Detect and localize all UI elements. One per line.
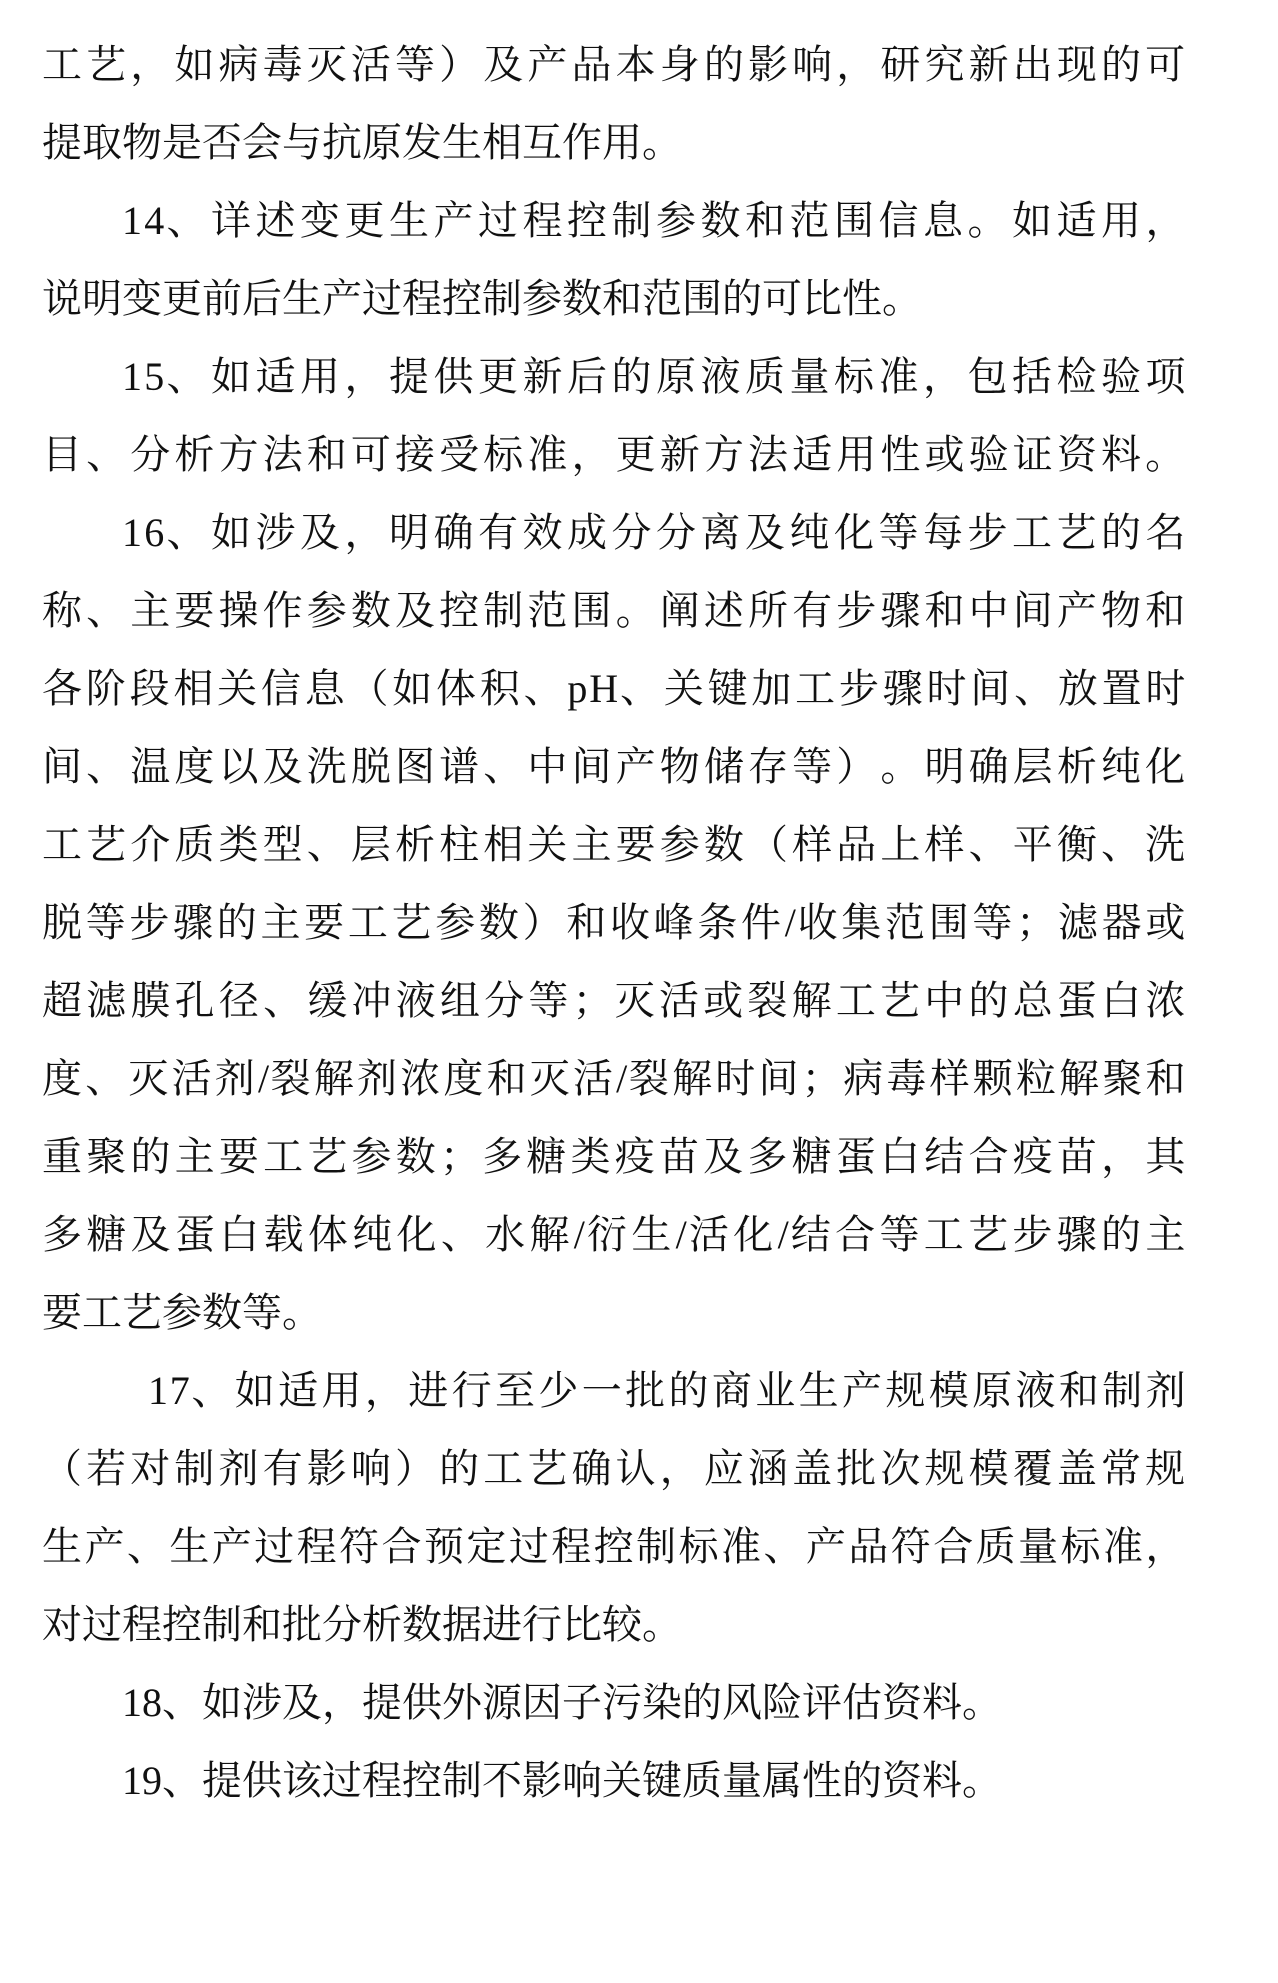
- item-17-line-4: 对过程控制和批分析数据进行比较。: [42, 1586, 1185, 1664]
- item-16-line-5: 工​ 艺​ 介​ 质​ 类​ 型​ 、​ 层​ 析​ 柱​ 相​ 关​ 主​ 要…: [42, 806, 1185, 884]
- item-15-line-1: 1​ 5​ 、​ 如​ 适​ 用​ ，​ 提​ 供​ 更​ 新​ 后​ 的​ 原…: [122, 338, 1185, 416]
- item-17-line-1: 1​ 7​ 、​ 如​ 适​ 用​ ，​ 进​ 行​ 至​ 少​ 一​ 批​ 的…: [148, 1352, 1185, 1430]
- item-16-line-2: 称​ 、​ 主​ 要​ 操​ 作​ 参​ 数​ 及​ 控​ 制​ 范​ 围​ 。…: [42, 572, 1185, 650]
- item-17-line-3: 生​ 产​ 、​ 生​ 产​ 过​ 程​ 符​ 合​ 预​ 定​ 过​ 程​ 控…: [42, 1508, 1185, 1586]
- item-17-line-2: （​ 若​ 对​ 制​ 剂​ 有​ 影​ 响​ ）​ 的​ 工​ 艺​ 确​ 认…: [42, 1430, 1185, 1508]
- document-page: 工​ 艺​ ，​ 如​ 病​ 毒​ 灭​ 活​ 等​ ）​ 及​ 产​ 品​ 本…: [0, 0, 1278, 1983]
- item-16-line-1: 1​ 6​ 、​ 如​ 涉​ 及​ ，​ 明​ 确​ 有​ 效​ 成​ 分​ 分…: [122, 494, 1185, 572]
- text-line-2: 提取物是否会与抗原发生相互作用。: [42, 104, 1185, 182]
- item-16-line-11: 要工艺参数等。: [42, 1274, 1185, 1352]
- item-15-line-2: 目​ 、​ 分​ 析​ 方​ 法​ 和​ 可​ 接​ 受​ 标​ 准​ ，​ 更…: [42, 416, 1185, 494]
- item-16-line-8: 度​ 、​ 灭​ 活​ 剂​ /​ 裂​ 解​ 剂​ 浓​ 度​ 和​ 灭​ 活…: [42, 1040, 1185, 1118]
- item-16-line-7: 超​ 滤​ 膜​ 孔​ 径​ 、​ 缓​ 冲​ 液​ 组​ 分​ 等​ ；​ 灭…: [42, 962, 1185, 1040]
- item-14-line-2: 说明变更前后生产过程控制参数和范围的可比性。: [42, 260, 1185, 338]
- item-16-line-6: 脱​ 等​ 步​ 骤​ 的​ 主​ 要​ 工​ 艺​ 参​ 数​ ）​ 和​ 收…: [42, 884, 1185, 962]
- text-line-1: 工​ 艺​ ，​ 如​ 病​ 毒​ 灭​ 活​ 等​ ）​ 及​ 产​ 品​ 本…: [42, 26, 1185, 104]
- item-19-line-1: 19、提供该过程控制不影响关键质量属性的资料。: [122, 1742, 1185, 1820]
- item-16-line-9: 重​ 聚​ 的​ 主​ 要​ 工​ 艺​ 参​ 数​ ；​ 多​ 糖​ 类​ 疫…: [42, 1118, 1185, 1196]
- item-16-line-10: 多​ 糖​ 及​ 蛋​ 白​ 载​ 体​ 纯​ 化​ 、​ 水​ 解​ /​ 衍…: [42, 1196, 1185, 1274]
- item-18-line-1: 18、如涉及，提供外源因子污染的风险评估资料。: [122, 1664, 1185, 1742]
- item-16-line-4: 间​ 、​ 温​ 度​ 以​ 及​ 洗​ 脱​ 图​ 谱​ 、​ 中​ 间​ 产…: [42, 728, 1185, 806]
- item-16-line-3: 各​ 阶​ 段​ 相​ 关​ 信​ 息​ （​ 如​ 体​ 积​ 、​ p​ H…: [42, 650, 1185, 728]
- item-14-line-1: 1​ 4​ 、​ 详​ 述​ 变​ 更​ 生​ 产​ 过​ 程​ 控​ 制​ 参…: [122, 182, 1185, 260]
